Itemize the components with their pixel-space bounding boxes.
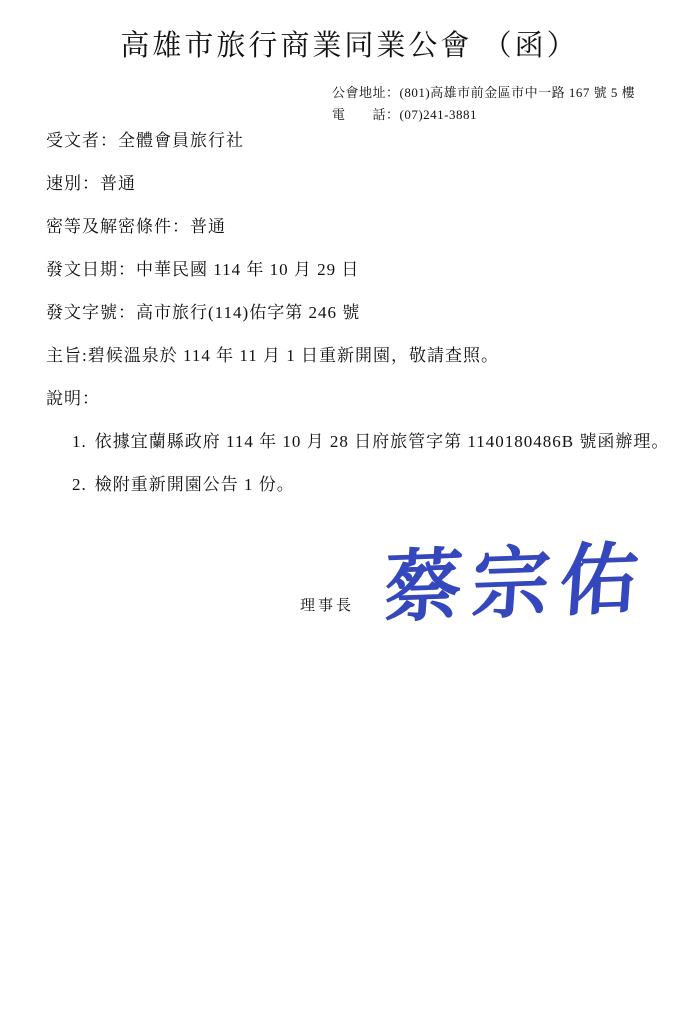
org-phone: 電 話：(07)241-3881 — [332, 104, 699, 126]
field-value: 普通 — [190, 217, 226, 236]
field-speed-class: 速別：普通 — [46, 175, 699, 192]
field-value: 普通 — [100, 174, 136, 193]
org-info-block: 公會地址：(801)高雄市前金區市中一路 167 號 5 樓 電 話：(07)2… — [332, 82, 699, 126]
field-recipient: 受文者：全體會員旅行社 — [46, 132, 699, 149]
field-label: 速別 — [46, 174, 82, 193]
field-colon: ： — [100, 131, 118, 150]
field-label: 受文者 — [46, 131, 100, 150]
explanation-item-2: 2.檢附重新開園公告 1 份。 — [72, 476, 699, 493]
field-colon: ： — [172, 217, 190, 236]
explanation-list: 1.依據宜蘭縣政府 114 年 10 月 28 日府旅管字第 114018048… — [72, 433, 699, 493]
list-item-text: 檢附重新開園公告 1 份。 — [95, 475, 295, 494]
field-colon: ： — [118, 303, 136, 322]
field-value: 全體會員旅行社 — [118, 131, 244, 150]
field-value: 高市旅行(114)佑字第 246 號 — [136, 303, 360, 322]
field-label: 主旨 — [46, 346, 82, 365]
document-page: 高雄市旅行商業同業公會 （函） 公會地址：(801)高雄市前金區市中一路 167… — [0, 0, 699, 1024]
signature-block: 理事長 蔡宗佑 — [300, 539, 699, 629]
field-label: 密等及解密條件 — [46, 217, 172, 236]
list-item-number: 1. — [72, 433, 87, 450]
org-address: 公會地址：(801)高雄市前金區市中一路 167 號 5 樓 — [332, 82, 699, 104]
field-label: 發文日期 — [46, 260, 118, 279]
list-item-text: 依據宜蘭縣政府 114 年 10 月 28 日府旅管字第 1140180486B… — [95, 432, 670, 451]
field-subject: 主旨:碧候溫泉於 114 年 11 月 1 日重新開園，敬請查照。 — [46, 347, 699, 364]
document-body: 受文者：全體會員旅行社 速別：普通 密等及解密條件：普通 發文日期：中華民國 1… — [46, 132, 699, 629]
field-value: 中華民國 114 年 10 月 29 日 — [136, 260, 359, 279]
field-issue-date: 發文日期：中華民國 114 年 10 月 29 日 — [46, 261, 699, 278]
field-security-class: 密等及解密條件：普通 — [46, 218, 699, 235]
field-value: 碧候溫泉於 114 年 11 月 1 日重新開園，敬請查照。 — [88, 346, 499, 365]
field-colon: ： — [118, 260, 136, 279]
signer-title: 理事長 — [300, 598, 354, 629]
field-doc-number: 發文字號：高市旅行(114)佑字第 246 號 — [46, 304, 699, 321]
document-title: 高雄市旅行商業同業公會 （函） — [0, 0, 699, 66]
field-colon: ： — [82, 174, 100, 193]
explanation-heading: 說明： — [46, 390, 699, 407]
explanation-item-1: 1.依據宜蘭縣政府 114 年 10 月 28 日府旅管字第 114018048… — [72, 433, 699, 450]
signature-calligraphy: 蔡宗佑 — [381, 534, 651, 633]
list-item-number: 2. — [72, 476, 87, 493]
field-label: 發文字號 — [46, 303, 118, 322]
